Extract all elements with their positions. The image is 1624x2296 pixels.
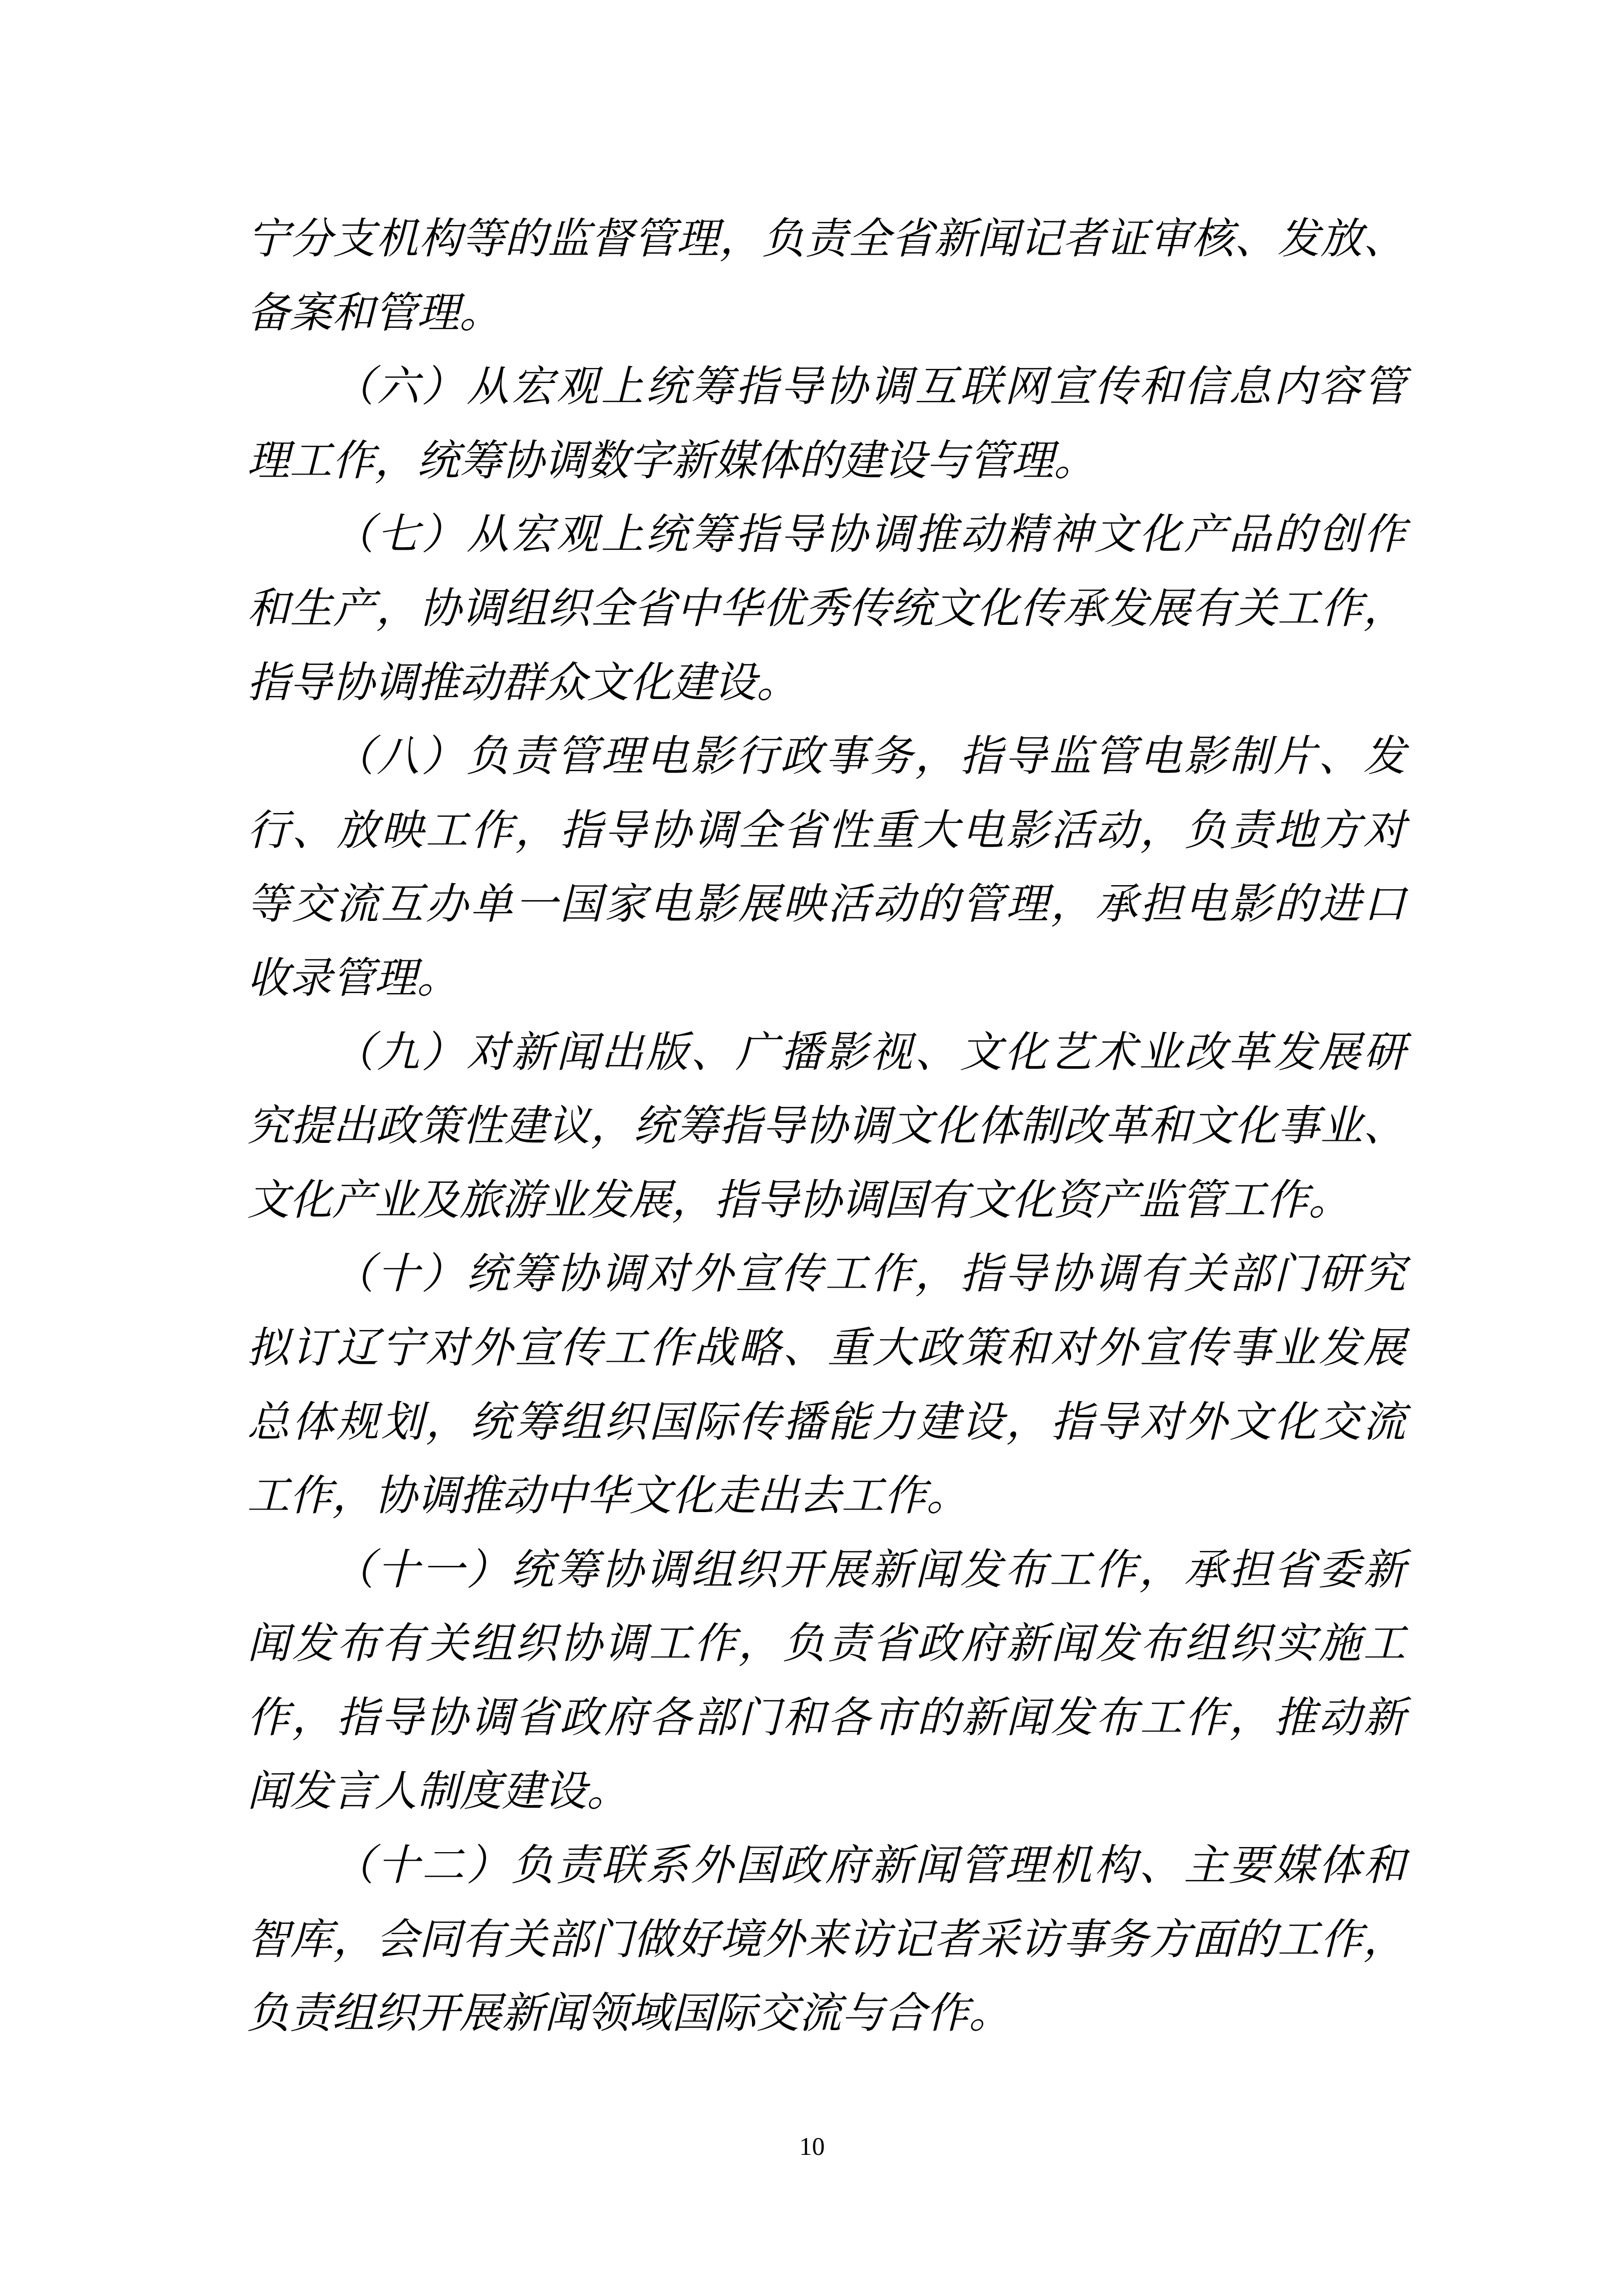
page-number: 10 bbox=[0, 2131, 1624, 2161]
text-line: （七）从宏观上统筹指导协调推动精神文化产品的创作 bbox=[247, 498, 1406, 572]
text-line: 和生产，协调组织全省中华优秀传统文化传承发展有关工作， bbox=[247, 572, 1406, 646]
text-line: 闻发布有关组织协调工作，负责省政府新闻发布组织实施工 bbox=[247, 1607, 1406, 1681]
text-line: 作，指导协调省政府各部门和各市的新闻发布工作，推动新 bbox=[247, 1681, 1406, 1755]
text-line: 工作，协调推动中华文化走出去工作。 bbox=[247, 1459, 1406, 1533]
text-line: 宁分支机构等的监督管理，负责全省新闻记者证审核、发放、 bbox=[247, 202, 1406, 276]
document-body: 宁分支机构等的监督管理，负责全省新闻记者证审核、发放、备案和管理。（六）从宏观上… bbox=[247, 202, 1406, 2051]
text-line: 理工作，统筹协调数字新媒体的建设与管理。 bbox=[247, 424, 1406, 498]
text-line: 总体规划，统筹组织国际传播能力建设，指导对外文化交流 bbox=[247, 1385, 1406, 1459]
text-line: 闻发言人制度建设。 bbox=[247, 1754, 1406, 1829]
text-line: （十一）统筹协调组织开展新闻发布工作，承担省委新 bbox=[247, 1533, 1406, 1607]
text-line: 负责组织开展新闻领域国际交流与合作。 bbox=[247, 1976, 1406, 2051]
text-line: （十）统筹协调对外宣传工作，指导协调有关部门研究 bbox=[247, 1237, 1406, 1311]
text-line: 备案和管理。 bbox=[247, 276, 1406, 350]
text-line: （六）从宏观上统筹指导协调互联网宣传和信息内容管 bbox=[247, 350, 1406, 424]
text-line: （八）负责管理电影行政事务，指导监管电影制片、发 bbox=[247, 719, 1406, 794]
text-line: 行、放映工作，指导协调全省性重大电影活动，负责地方对 bbox=[247, 794, 1406, 868]
text-line: （九）对新闻出版、广播影视、文化艺术业改革发展研 bbox=[247, 1016, 1406, 1090]
text-line: 拟订辽宁对外宣传工作战略、重大政策和对外宣传事业发展 bbox=[247, 1311, 1406, 1385]
text-line: 收录管理。 bbox=[247, 941, 1406, 1016]
document-page: 宁分支机构等的监督管理，负责全省新闻记者证审核、发放、备案和管理。（六）从宏观上… bbox=[0, 0, 1624, 2296]
text-line: 智库，会同有关部门做好境外来访记者采访事务方面的工作， bbox=[247, 1903, 1406, 1977]
text-line: 等交流互办单一国家电影展映活动的管理，承担电影的进口 bbox=[247, 867, 1406, 941]
text-line: 文化产业及旅游业发展，指导协调国有文化资产监管工作。 bbox=[247, 1163, 1406, 1237]
text-line: 究提出政策性建议，统筹指导协调文化体制改革和文化事业、 bbox=[247, 1089, 1406, 1163]
text-line: 指导协调推动群众文化建设。 bbox=[247, 646, 1406, 720]
text-line: （十二）负责联系外国政府新闻管理机构、主要媒体和 bbox=[247, 1829, 1406, 1903]
